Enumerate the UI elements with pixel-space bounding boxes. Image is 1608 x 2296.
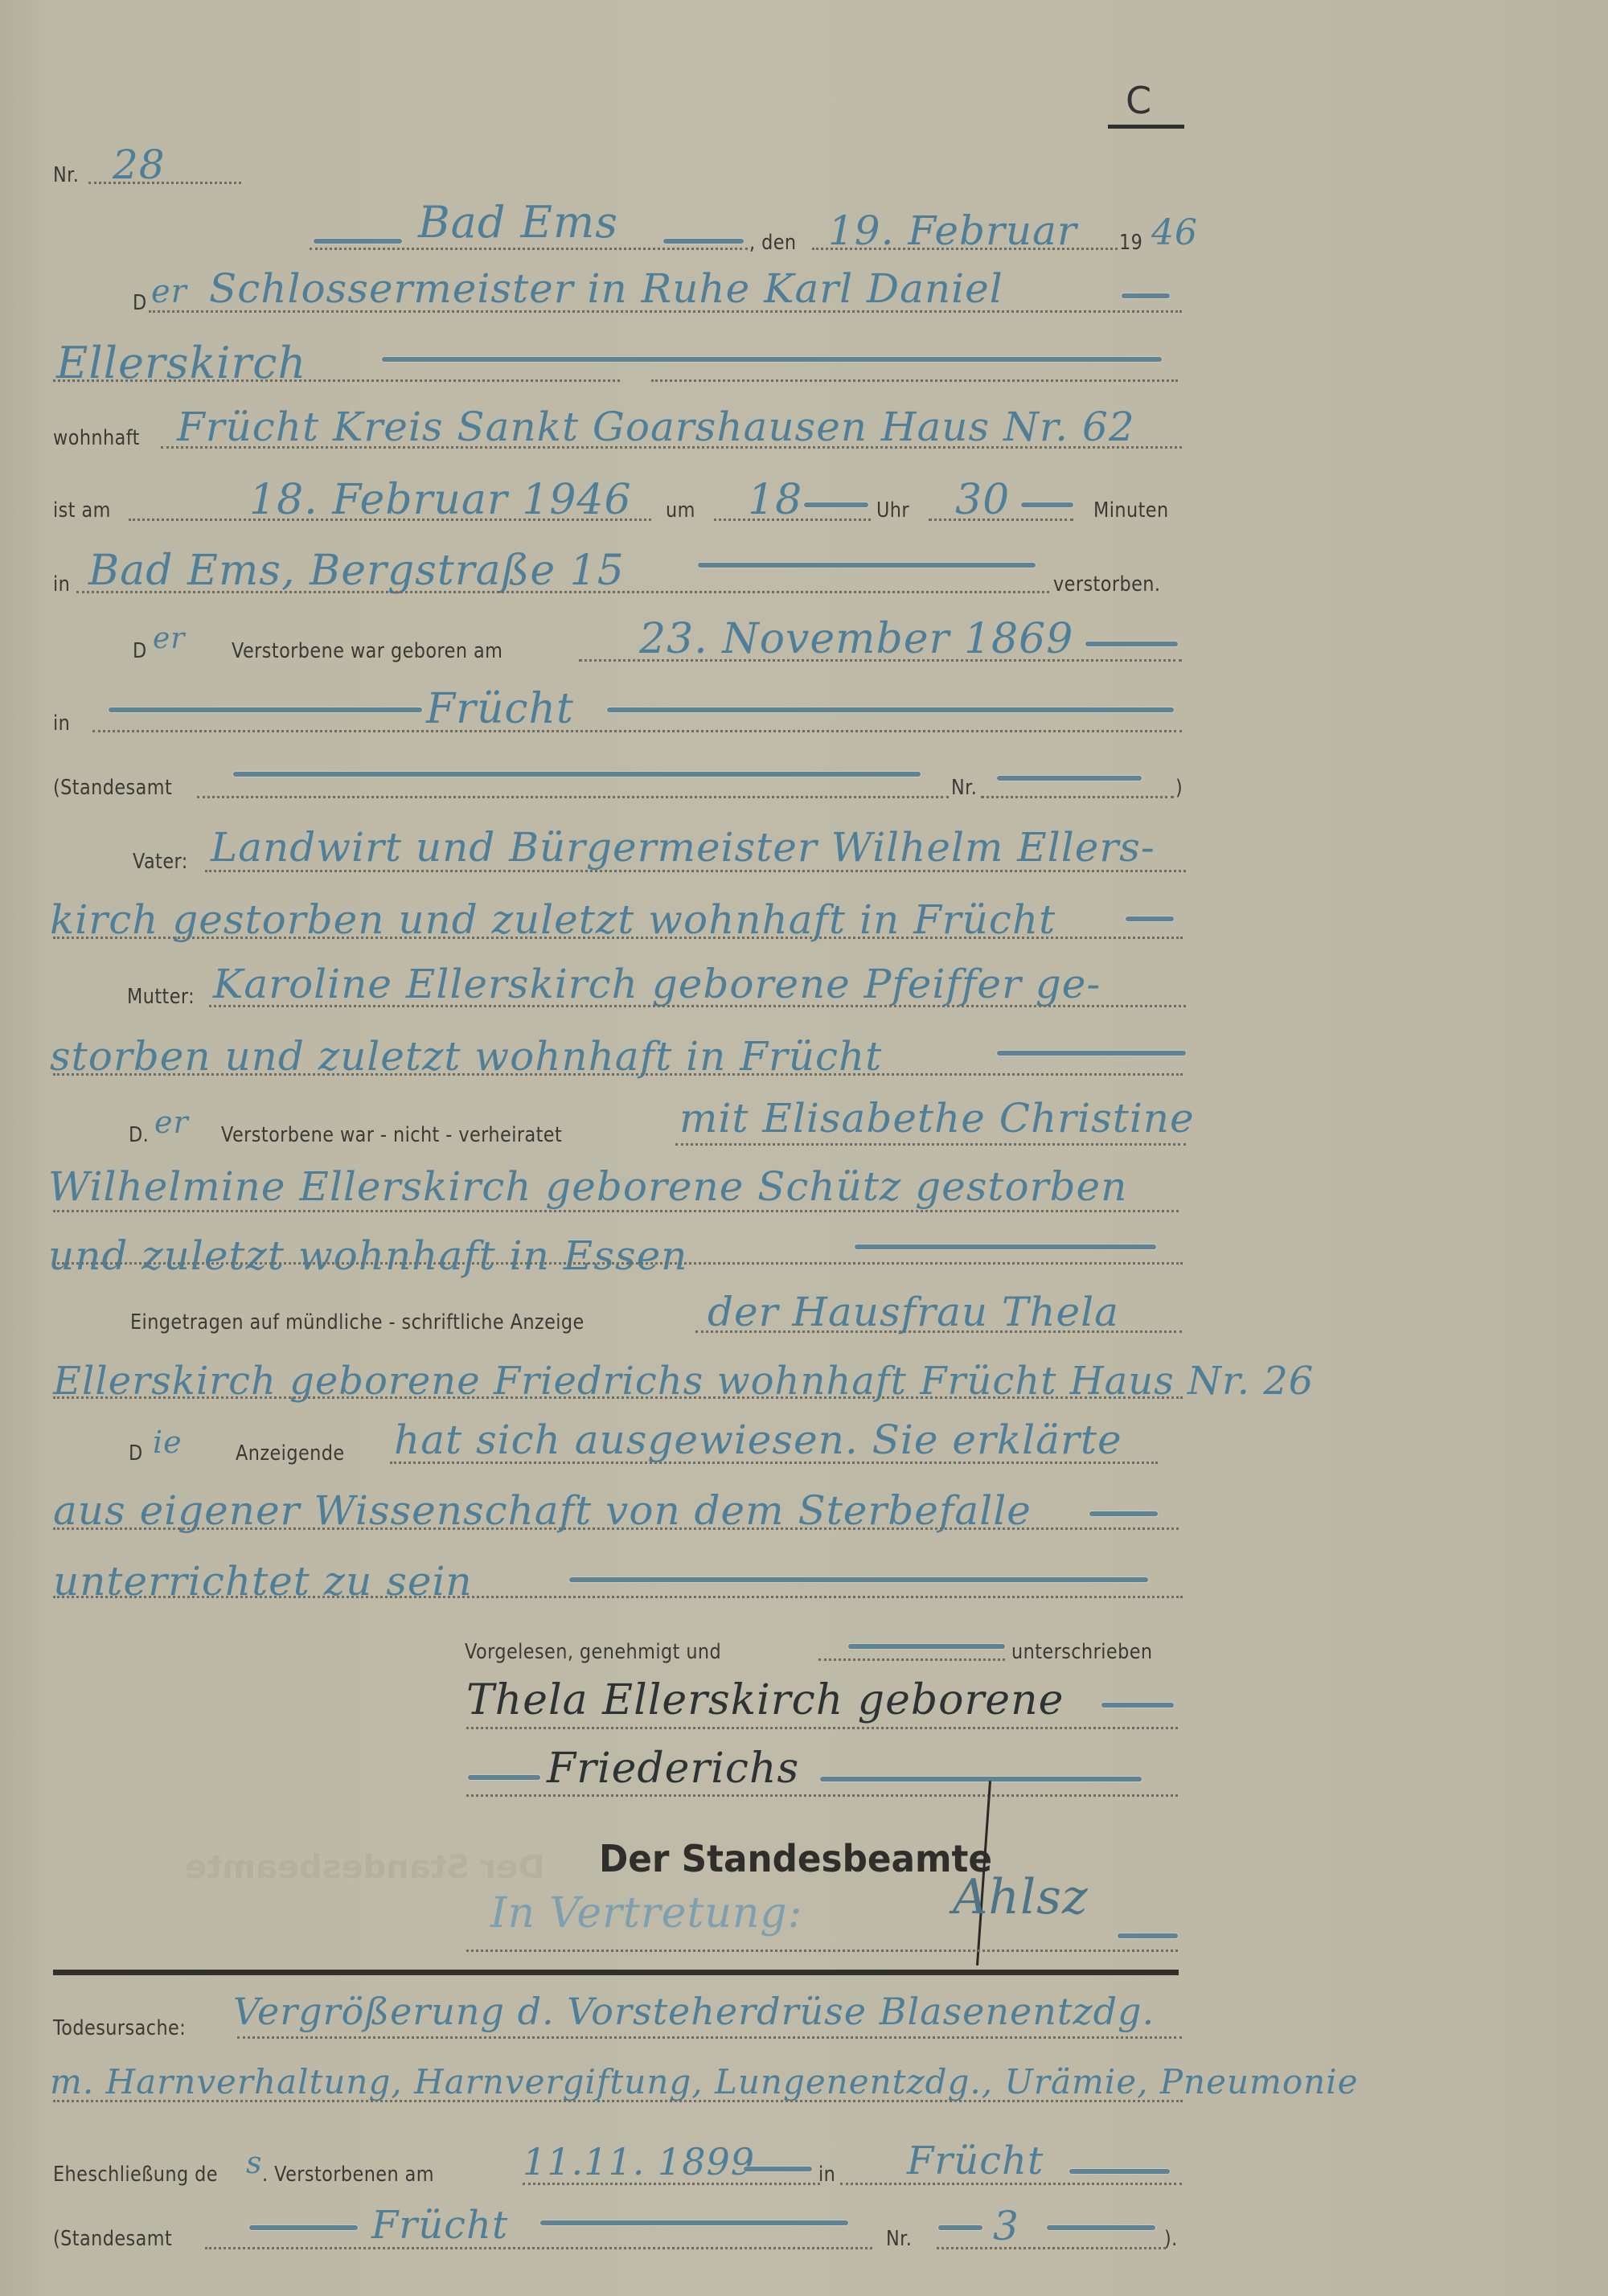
residence-value: Frücht Kreis Sankt Goarshausen Haus Nr. …: [177, 404, 1135, 450]
vater-dotline-2: [53, 937, 1183, 939]
marriage-dotline-2: [53, 1210, 1179, 1212]
birth-standesamt-label: (Standesamt: [53, 776, 172, 800]
deceased-dotline-1: [149, 310, 1182, 313]
place-dotline: [310, 248, 748, 250]
number-value: 28: [113, 141, 166, 188]
minute-value: 30: [955, 476, 1010, 524]
cause-of-death-label: Todesursache:: [53, 2016, 186, 2040]
fill-stroke: [1047, 2225, 1155, 2230]
fill-stroke: [1069, 2169, 1170, 2174]
fill-stroke: [855, 1244, 1156, 1249]
marriage-nr-dotline: [937, 2247, 1166, 2249]
fill-stroke: [938, 2225, 982, 2230]
marriage-nr-value: 3: [993, 2203, 1019, 2249]
fill-stroke: [698, 563, 1036, 568]
residence-dotline: [161, 446, 1182, 449]
deceased-prefix-hand: er: [151, 273, 187, 310]
marriage-line-2: Wilhelmine Ellerskirch geborene Schütz g…: [48, 1163, 1127, 1210]
hour-value: 18: [748, 476, 802, 524]
fill-stroke: [540, 2220, 848, 2225]
anzeigende-prefix-hand: ie: [153, 1425, 183, 1460]
fill-stroke: [382, 357, 1162, 362]
birth-in-label: in: [53, 711, 70, 736]
fill-stroke: [744, 2167, 812, 2171]
deceased-dotline-2a: [53, 379, 620, 382]
fill-stroke: [1122, 293, 1170, 298]
den-label: , den: [749, 231, 796, 255]
anzeigende-dotline-3: [53, 1596, 1183, 1598]
vater-label: Vater:: [133, 850, 188, 874]
marriage-standesamt-label: (Standesamt: [53, 2227, 172, 2251]
fill-stroke: [848, 1644, 1005, 1649]
vater-dotline-1: [205, 870, 1186, 872]
birth-nr-label: Nr.: [951, 776, 977, 800]
death-place-dotline: [76, 591, 1049, 593]
death-place-value: Bad Ems, Bergstraße 15: [88, 547, 625, 595]
birth-date-value: 23. November 1869: [639, 615, 1073, 663]
death-date-value: 18. Februar 1946: [249, 476, 632, 524]
fill-stroke: [233, 772, 921, 777]
marriage-standesamt-dotline: [205, 2247, 872, 2249]
verstorben-label: verstorben.: [1053, 572, 1160, 597]
birth-place-value: Frücht: [426, 685, 574, 733]
residence-label: wohnhaft: [53, 426, 140, 450]
cause-of-death-line-2: m. Harnverhaltung, Harnvergiftung, Lunge…: [50, 2062, 1358, 2101]
fill-stroke: [1101, 1703, 1174, 1708]
cause-of-death-dotline-2: [53, 2100, 1183, 2102]
form-code-underline: [1108, 125, 1184, 129]
death-date-label: ist am: [53, 498, 111, 523]
official-dotline: [466, 1950, 1178, 1952]
marriage-record-label-b: . Verstorbenen am: [262, 2163, 434, 2187]
mutter-dotline-2: [53, 1073, 1183, 1076]
marriage-line-3: und zuletzt wohnhaft in Essen: [48, 1232, 687, 1279]
mutter-line-1: Karoline Ellerskirch geborene Pfeiffer g…: [213, 961, 1101, 1007]
official-in-vertretung: In Vertretung:: [490, 1889, 802, 1937]
mutter-label: Mutter:: [127, 985, 195, 1009]
number-label: Nr.: [53, 163, 79, 187]
bleed-through-text: Der Standesbeamte: [185, 1849, 545, 1886]
official-signature: Ahlsz: [953, 1869, 1089, 1925]
fill-stroke: [109, 707, 422, 712]
anzeigende-prefix: D: [129, 1441, 143, 1466]
marriage-line-1: mit Elisabethe Christine: [679, 1095, 1195, 1142]
signer-dotline-2: [466, 1794, 1178, 1797]
marriage-prefix-hand: er: [154, 1105, 189, 1140]
fill-stroke: [1118, 1933, 1178, 1938]
birth-prefix: D: [133, 639, 147, 663]
in-label: in: [53, 572, 70, 597]
um-label: um: [666, 498, 695, 523]
marriage-place-value: Frücht: [907, 2138, 1044, 2183]
anzeigende-dotline-2: [53, 1527, 1179, 1530]
marriage-dotline-3: [53, 1262, 1183, 1265]
marriage-in-label: in: [818, 2163, 835, 2187]
marriage-record-label-a: Eheschließung de: [53, 2163, 218, 2187]
fill-stroke: [607, 707, 1174, 712]
vorgelesen-label: Vorgelesen, genehmigt und: [465, 1640, 721, 1664]
signer-signature-line-1: Thela Ellerskirch geborene: [466, 1676, 1064, 1724]
official-title: Der Standesbeamte: [599, 1837, 992, 1880]
birth-close-paren: ): [1175, 776, 1183, 800]
birth-label: Verstorbene war geboren am: [232, 639, 503, 663]
fill-stroke: [1085, 642, 1178, 646]
birth-place-dotline: [92, 730, 1182, 732]
fill-stroke: [997, 1051, 1186, 1056]
vater-line-1: Landwirt und Bürgermeister Wilhelm Eller…: [211, 824, 1155, 871]
marriage-standesamt-value: Frücht: [371, 2203, 508, 2248]
fill-stroke: [804, 502, 868, 507]
fill-stroke: [997, 776, 1142, 781]
fill-stroke: [663, 239, 744, 244]
fill-stroke: [569, 1577, 1148, 1582]
marriage-nr-label: Nr.: [886, 2227, 912, 2251]
anzeigende-label: Anzeigende: [236, 1441, 345, 1466]
place-value: Bad Ems: [418, 197, 618, 248]
marriage-close-paren: ).: [1164, 2227, 1178, 2251]
vorgelesen-dotline: [818, 1658, 1005, 1661]
informant-label: Eingetragen auf mündliche - schriftliche…: [130, 1310, 585, 1335]
fill-stroke: [314, 239, 402, 244]
document-page: C Nr. 28 Bad Ems , den 19. Februar 19 46…: [0, 0, 1608, 2296]
unterschrieben-label: unterschrieben: [1011, 1640, 1152, 1664]
birth-standesamt-dotline: [197, 796, 949, 798]
marriage-status-label: Verstorbene war - nicht - verheiratet: [221, 1123, 562, 1147]
cause-of-death-dotline-1: [237, 2036, 1182, 2039]
year-suffix: 46: [1151, 212, 1198, 253]
fill-stroke: [468, 1775, 540, 1780]
informant-dotline-2: [53, 1396, 1183, 1399]
form-code: C: [1126, 79, 1151, 122]
fill-stroke: [1021, 502, 1073, 507]
informant-line-1: der Hausfrau Thela: [708, 1289, 1119, 1335]
marriage-date-value: 11.11. 1899: [523, 2140, 755, 2183]
fill-stroke: [1089, 1511, 1158, 1516]
marriage-record-label-hand: s: [246, 2145, 263, 2180]
deceased-prefix: D: [133, 291, 147, 315]
year-prefix: 19: [1119, 231, 1142, 255]
informant-dotline-1: [695, 1330, 1182, 1333]
fill-stroke: [1126, 916, 1174, 921]
uhr-label: Uhr: [876, 498, 909, 523]
minuten-label: Minuten: [1093, 498, 1169, 523]
section-divider: [53, 1970, 1179, 1975]
birth-prefix-hand: er: [153, 622, 186, 655]
signer-dotline-1: [466, 1727, 1178, 1729]
deceased-dotline-2b: [651, 379, 1178, 382]
fill-stroke: [249, 2225, 358, 2230]
signer-signature-line-2: Friederichs: [547, 1745, 799, 1793]
date-value: 19. Februar: [828, 207, 1077, 254]
birth-nr-dotline: [981, 796, 1174, 798]
deceased-occupation-name: Schlossermeister in Ruhe Karl Daniel: [209, 265, 1003, 312]
fill-stroke: [820, 1777, 1142, 1781]
cause-of-death-line-1: Vergrößerung d. Vorsteherdrüse Blasenent…: [233, 1990, 1155, 2033]
mutter-dotline-1: [209, 1005, 1186, 1007]
marriage-prefix: D.: [129, 1123, 149, 1147]
anzeigende-line-1: hat sich ausgewiesen. Sie erklärte: [394, 1417, 1122, 1463]
marriage-dotline-1: [675, 1143, 1186, 1146]
